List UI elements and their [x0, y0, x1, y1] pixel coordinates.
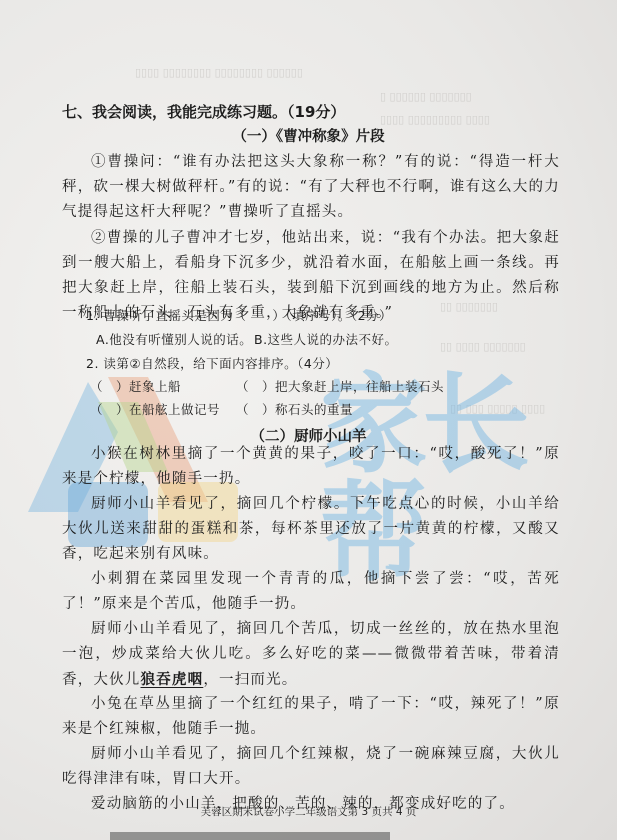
passage1-paragraph-1: ①曹操问：“谁有办法把这头大象称一称？”有的说：“得造一杆大秤，砍一棵大树做秤杆…: [62, 150, 560, 225]
order-item-4[interactable]: （ ）称石头的重量: [236, 400, 353, 418]
passage2-paragraph-3: 小刺猬在菜园里发现一个青青的瓜，他摘下尝了尝：“哎，苦死了！”原来是个苦瓜，他随…: [62, 567, 560, 617]
question-1-option-b: B.这些人说的办法不好。: [254, 330, 398, 348]
order-item-3[interactable]: （ ）在船舷上做记号: [90, 400, 220, 418]
underlined-idiom: 狼吞虎咽: [141, 671, 204, 688]
passage2-paragraph-5: 小兔在草丛里摘了一个红红的果子，啃了一下：“哎，辣死了！”原来是个红辣椒，他随手…: [62, 692, 560, 742]
passage2-paragraph-6: 厨师小山羊看见了，摘回几个红辣椒，烧了一碗麻辣豆腐，大伙儿吃得津津有味，胃口大开…: [62, 742, 560, 792]
passage2-paragraph-2: 厨师小山羊看见了，摘回几个柠檬。下午吃点心的时候，小山羊给大伙儿送来甜甜的蛋糕和…: [62, 492, 560, 567]
order-item-1[interactable]: （ ）赶象上船: [90, 377, 181, 395]
order-item-2[interactable]: （ ）把大象赶上岸，往船上装石头: [236, 377, 444, 395]
question-1-option-a: A.他没有听懂别人说的话。: [96, 330, 252, 348]
passage2-paragraph-4: 厨师小山羊看见了，摘回几个苦瓜，切成一丝丝的，放在热水里泡一泡，炒成菜给大伙儿吃…: [62, 617, 560, 693]
page-bottom-shadow: [110, 832, 390, 840]
paragraph-4-text: 厨师小山羊看见了，摘回几个苦瓜，切成一丝丝的，放在热水里泡一泡，炒成菜给大伙儿吃…: [62, 621, 560, 688]
question-1-stem: 1. 曹操听了直摇头是因为（ ）（填序号）。（2分）: [86, 306, 392, 324]
question-2-stem: 2. 读第②自然段，给下面内容排序。（4分）: [86, 354, 338, 372]
exam-content: 七、我会阅读，我能完成练习题。（19分） （一）《曹冲称象》片段 ①曹操问：“谁…: [0, 0, 617, 840]
paragraph-4-tail: ，一扫而光。: [203, 672, 297, 688]
passage2-paragraph-1: 小猴在树林里摘了一个黄黄的果子，咬了一口：“哎，酸死了！”原来是个柠檬，他随手一…: [62, 442, 560, 492]
passage1-title: （一）《曹冲称象》片段: [0, 125, 617, 146]
section-title: 七、我会阅读，我能完成练习题。（19分）: [62, 101, 345, 122]
page-footer: 芙蓉区期末试卷小学二年级语文第 3 页共 4 页: [0, 804, 617, 819]
